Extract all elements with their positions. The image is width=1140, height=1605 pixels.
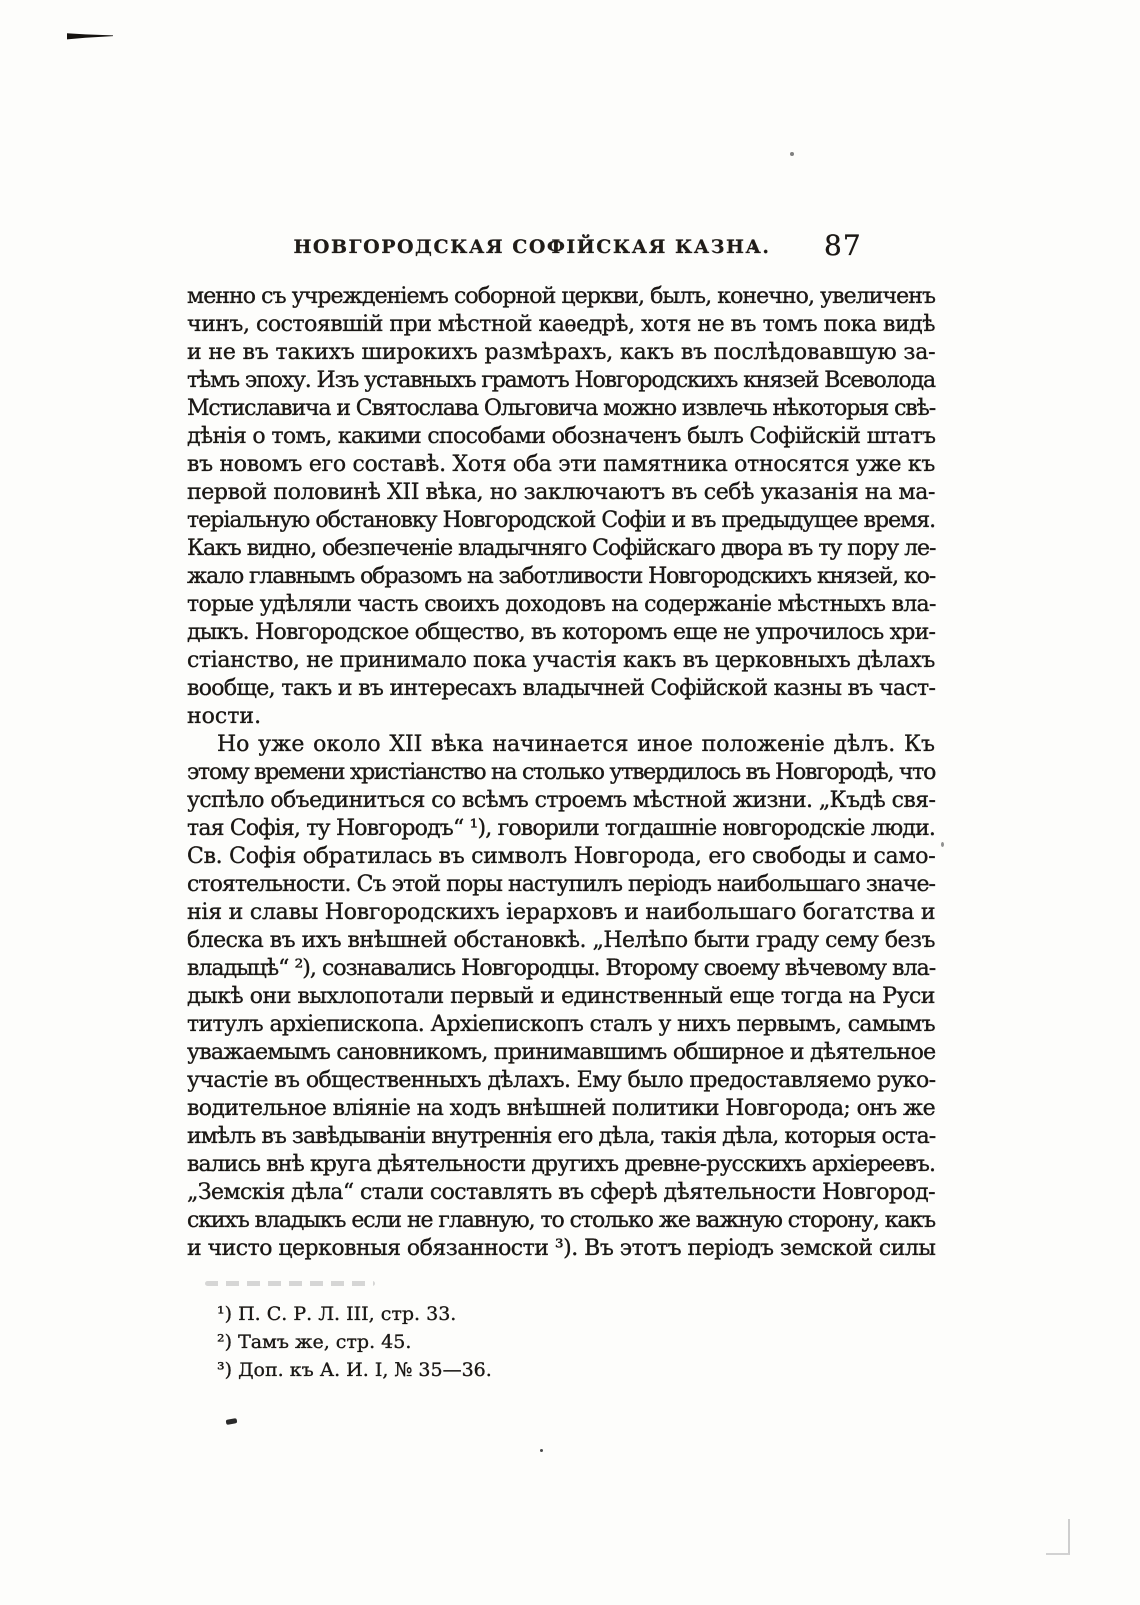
text-block: менно съ учрежденіемъ соборной церкви, б… xyxy=(187,283,935,1263)
footnotes: ¹) П. С. Р. Л. III, стр. 33.²) Тамъ же, … xyxy=(217,1300,917,1384)
text-line: участіе въ общественныхъ дѣлахъ. Ему был… xyxy=(187,1067,935,1095)
text-line: стіанство, не принимало пока участія как… xyxy=(187,647,935,675)
text-line: тѣмъ эпоху. Изъ уставныхъ грамотъ Новгор… xyxy=(187,367,935,395)
text-line: имѣлъ въ завѣдываніи внутреннія его дѣла… xyxy=(187,1123,935,1151)
corner-bracket-mark xyxy=(1046,1519,1070,1555)
smudge-mark xyxy=(205,1281,375,1286)
text-line: ности. xyxy=(187,703,935,731)
text-line: тая Софія, ту Новгородъ“ ¹), говорили то… xyxy=(187,815,935,843)
text-line: жало главнымъ образомъ на заботливости Н… xyxy=(187,563,935,591)
text-line: скихъ владыкъ если не главную, то стольк… xyxy=(187,1207,935,1235)
text-line: и чисто церковныя обязанности ³). Въ это… xyxy=(187,1235,935,1263)
text-line: въ новомъ его составѣ. Хотя оба эти памя… xyxy=(187,451,935,479)
text-line: успѣло объединиться со всѣмъ строемъ мѣс… xyxy=(187,787,935,815)
paragraph: Но уже около XII вѣка начинается иное по… xyxy=(187,731,935,1263)
ink-stroke-mark xyxy=(67,32,113,40)
page-number: 87 xyxy=(824,229,862,262)
footnote: ¹) П. С. Р. Л. III, стр. 33. xyxy=(217,1300,917,1328)
text-line: этому времени христіанство на столько ут… xyxy=(187,759,935,787)
footnote: ²) Тамъ же, стр. 45. xyxy=(217,1328,917,1356)
text-line: Но уже около XII вѣка начинается иное по… xyxy=(187,731,935,759)
page-header: НОВГОРОДСКАЯ СОФІЙСКАЯ КАЗНА. 87 xyxy=(187,231,935,267)
book-page: НОВГОРОДСКАЯ СОФІЙСКАЯ КАЗНА. 87 менно с… xyxy=(0,0,1140,1605)
text-line: вообще, такъ и въ интересахъ владычней С… xyxy=(187,675,935,703)
ink-dot xyxy=(790,152,794,156)
text-line: дыкѣ они выхлопотали первый и единственн… xyxy=(187,983,935,1011)
text-line: Какъ видно, обезпеченіе владычняго Софій… xyxy=(187,535,935,563)
text-line: и не въ такихъ широкихъ размѣрахъ, какъ … xyxy=(187,339,935,367)
text-line: вались внѣ круга дѣятельности другихъ др… xyxy=(187,1151,935,1179)
text-line: блеска въ ихъ внѣшней обстановкѣ. „Нелѣп… xyxy=(187,927,935,955)
text-line: „Земскія дѣла“ стали составлять въ сферѣ… xyxy=(187,1179,935,1207)
text-line: первой половинѣ XII вѣка, но заключаютъ … xyxy=(187,479,935,507)
paragraph: менно съ учрежденіемъ соборной церкви, б… xyxy=(187,283,935,731)
text-line: уважаемымъ сановникомъ, принимавшимъ обш… xyxy=(187,1039,935,1067)
text-line: теріальную обстановку Новгородской Софіи… xyxy=(187,507,935,535)
text-line: Мстиславича и Святослава Ольговича можно… xyxy=(187,395,935,423)
text-line: стоятельности. Съ этой поры наступилъ пе… xyxy=(187,871,935,899)
ink-dot xyxy=(540,1449,543,1452)
text-line: нія и славы Новгородскихъ іерарховъ и на… xyxy=(187,899,935,927)
footnote: ³) Доп. къ А. И. I, № 35—36. xyxy=(217,1356,917,1384)
text-line: торые удѣляли часть своихъ доходовъ на с… xyxy=(187,591,935,619)
ink-dot xyxy=(941,842,944,847)
text-line: владыцѣ“ ²), сознавались Новгородцы. Вто… xyxy=(187,955,935,983)
text-line: дыкъ. Новгородское общество, въ которомъ… xyxy=(187,619,935,647)
text-line: менно съ учрежденіемъ соборной церкви, б… xyxy=(187,283,935,311)
text-line: водительное вліяніе на ходъ внѣшней поли… xyxy=(187,1095,935,1123)
text-line: дѣнія о томъ, какими способами обозначен… xyxy=(187,423,935,451)
text-line: Св. Софія обратилась въ символъ Новгород… xyxy=(187,843,935,871)
running-title: НОВГОРОДСКАЯ СОФІЙСКАЯ КАЗНА. xyxy=(187,236,877,258)
text-line: титулъ архіепископа. Архіепископъ сталъ … xyxy=(187,1011,935,1039)
ink-dash-mark xyxy=(226,1418,238,1425)
text-line: чинъ, состоявшій при мѣстной каѳедрѣ, хо… xyxy=(187,311,935,339)
